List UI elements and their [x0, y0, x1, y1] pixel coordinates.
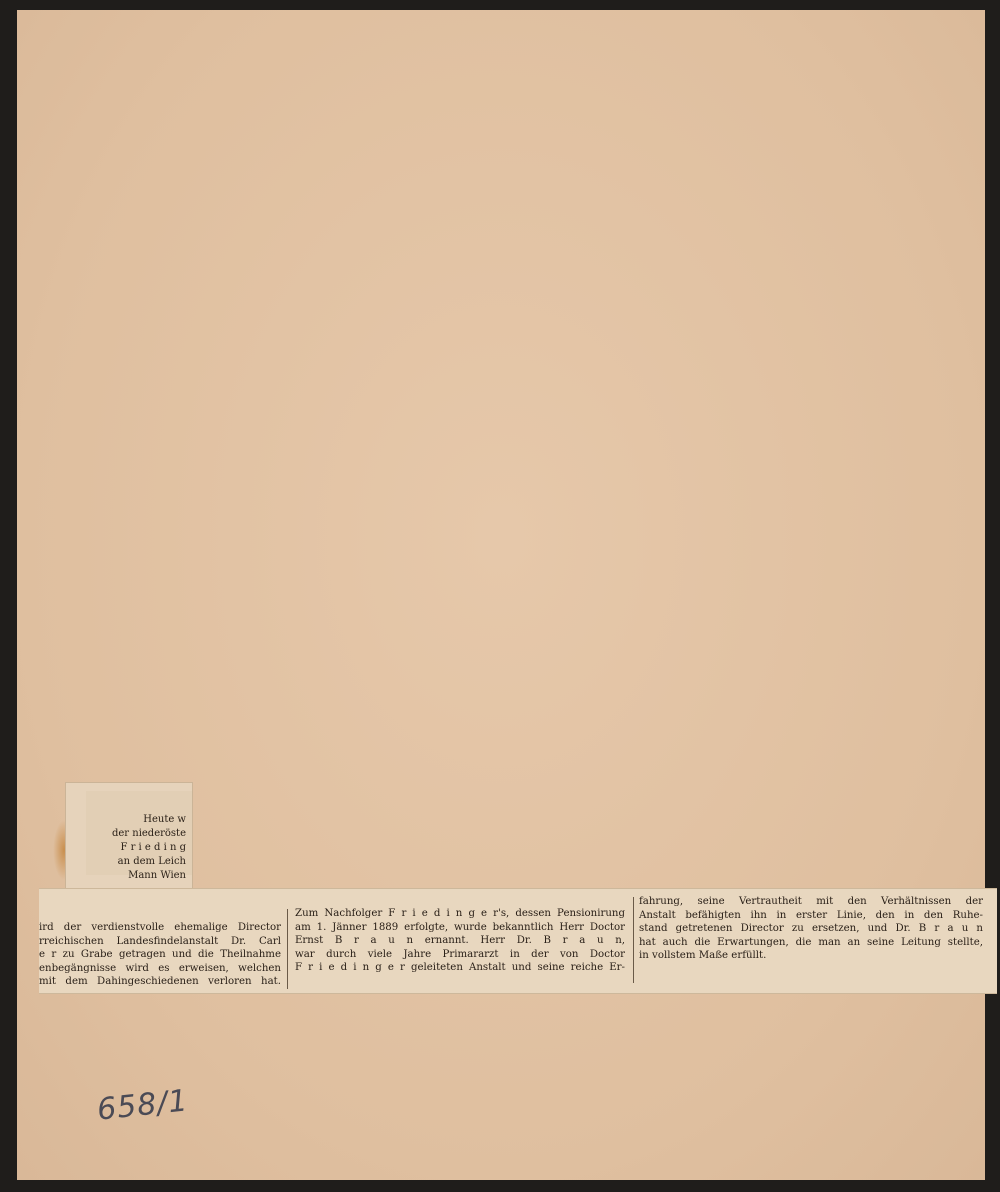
clip-line: e r zu Grabe getragen und die Theilnahme — [39, 948, 281, 962]
clip-line: rreichischen Landesfindelanstalt Dr. Car… — [39, 935, 281, 949]
column-rule — [287, 909, 288, 989]
newspaper-clipping: ird der verdienstvolle ehemalige Directo… — [39, 888, 997, 994]
clip-line: mit dem Dahingeschiedenen verloren hat. — [39, 975, 281, 989]
small-clip-line: an dem Leich — [118, 855, 186, 869]
clipping-column-1: ird der verdienstvolle ehemalige Directo… — [39, 921, 281, 989]
clip-line: hat auch die Erwartungen, die man an sei… — [639, 936, 983, 950]
clip-line: stand getretenen Director zu ersetzen, u… — [639, 922, 983, 936]
column-rule — [633, 897, 634, 983]
small-clip-line: Mann Wien — [128, 869, 186, 883]
clip-line: in vollstem Maße erfüllt. — [639, 949, 983, 963]
clip-line: enbegängnisse wird es erweisen, welchen — [39, 962, 281, 976]
small-clipping-text-area: Heute w der niederöste F r i e d i n g a… — [86, 791, 192, 875]
clip-line: Zum Nachfolger F r i e d i n g e r's, de… — [295, 907, 625, 921]
clip-line: fahrung, seine Vertrautheit mit den Verh… — [639, 895, 983, 909]
handwritten-archive-number: 658/1 — [95, 1083, 190, 1127]
small-clip-line: Heute w — [143, 813, 186, 827]
small-clip-line: der niederöste — [112, 827, 186, 841]
clip-line: war durch viele Jahre Primararzt in der … — [295, 948, 625, 962]
clip-line: am 1. Jänner 1889 erfolgte, wurde bekann… — [295, 921, 625, 935]
clip-line: Anstalt befähigten ihn in erster Linie, … — [639, 909, 983, 923]
clipping-column-2: Zum Nachfolger F r i e d i n g e r's, de… — [295, 907, 625, 975]
paper-sheet: Heute w der niederöste F r i e d i n g a… — [17, 10, 985, 1180]
small-clip-line: F r i e d i n g — [120, 841, 186, 855]
clip-line: Ernst B r a u n ernannt. Herr Dr. B r a … — [295, 934, 625, 948]
clipping-column-3: fahrung, seine Vertrautheit mit den Verh… — [639, 895, 983, 963]
clip-line: F r i e d i n g e r geleiteten Anstalt u… — [295, 961, 625, 975]
clip-line: ird der verdienstvolle ehemalige Directo… — [39, 921, 281, 935]
